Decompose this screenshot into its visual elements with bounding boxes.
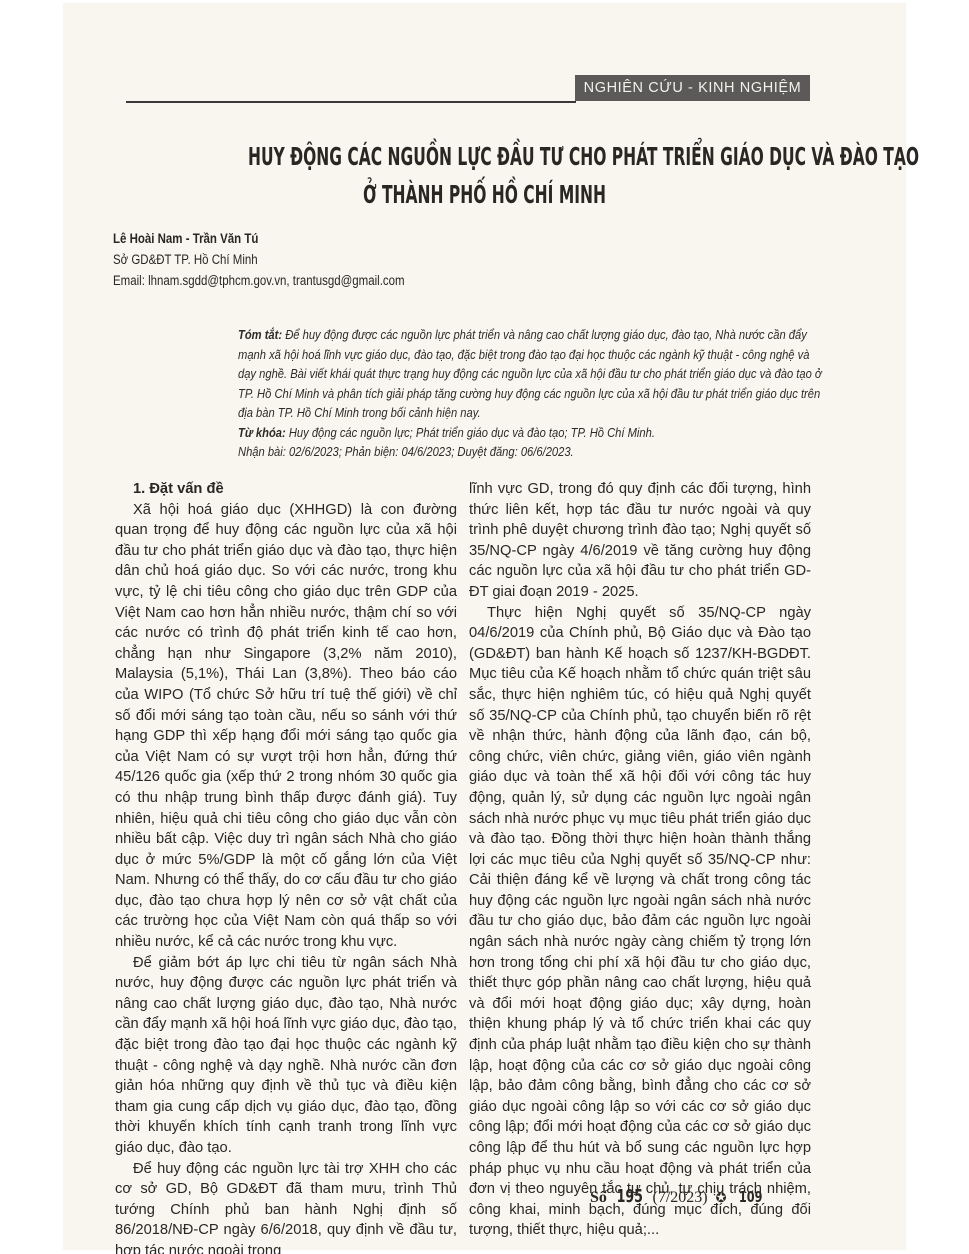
summary-label: Tóm tắt:	[238, 327, 282, 342]
issue-number: 195	[617, 1186, 643, 1207]
author-email: Email: lhnam.sgdd@tphcm.gov.vn, trantusg…	[113, 270, 405, 291]
body-paragraph: Để giảm bớt áp lực chi tiêu từ ngân sách…	[115, 953, 457, 1159]
section-heading: 1. Đặt vấn đề	[115, 479, 457, 500]
page-footer: Số 195 (7/2023) ✪ 109	[590, 1186, 766, 1207]
body-column-left: 1. Đặt vấn đề Xã hội hoá giáo dục (XHHGD…	[115, 479, 457, 1254]
title-line-1: HUY ĐỘNG CÁC NGUỒN LỰC ĐẦU TƯ CHO PHÁT T…	[248, 138, 721, 176]
author-names: Lê Hoài Nam - Trần Văn Tú	[113, 228, 405, 249]
body-column-right: lĩnh vực GD, trong đó quy định các đối t…	[469, 479, 811, 1241]
title-line-2: Ở THÀNH PHỐ HỒ CHÍ MINH	[248, 176, 721, 214]
body-paragraph: Xã hội hoá giáo dục (XHHGD) là con đường…	[115, 500, 457, 953]
body-paragraph-continued: lĩnh vực GD, trong đó quy định các đối t…	[469, 479, 811, 603]
header-rule	[126, 101, 576, 103]
author-affiliation: Sở GD&ĐT TP. Hồ Chí Minh	[113, 249, 405, 270]
keywords-label: Từ khóa:	[238, 425, 286, 440]
keywords-text: Huy động các nguồn lực; Phát triển giáo …	[286, 425, 655, 440]
abstract-keywords: Từ khóa: Huy động các nguồn lực; Phát tr…	[238, 423, 828, 443]
article-title: HUY ĐỘNG CÁC NGUỒN LỰC ĐẦU TƯ CHO PHÁT T…	[248, 138, 721, 214]
abstract-summary: Tóm tắt: Để huy động được các nguồn lực …	[238, 325, 828, 423]
separator-star-icon: ✪	[716, 1190, 727, 1206]
abstract-block: Tóm tắt: Để huy động được các nguồn lực …	[238, 325, 828, 462]
body-paragraph: Để huy động các nguồn lực tài trợ XHH ch…	[115, 1159, 457, 1254]
author-block: Lê Hoài Nam - Trần Văn Tú Sở GD&ĐT TP. H…	[113, 228, 456, 291]
issue-date: (7/2023)	[652, 1189, 707, 1207]
page-number: 109	[738, 1188, 761, 1206]
section-rubric: NGHIÊN CỨU - KINH NGHIỆM	[575, 75, 810, 101]
abstract-dates: Nhận bài: 02/6/2023; Phản biện: 04/6/202…	[238, 442, 828, 462]
magazine-page: NGHIÊN CỨU - KINH NGHIỆM HUY ĐỘNG CÁC NG…	[63, 3, 906, 1250]
body-paragraph: Thực hiện Nghị quyết số 35/NQ-CP ngày 04…	[469, 603, 811, 1241]
summary-text: Để huy động được các nguồn lực phát triể…	[238, 327, 822, 420]
issue-prefix: Số	[590, 1189, 607, 1207]
